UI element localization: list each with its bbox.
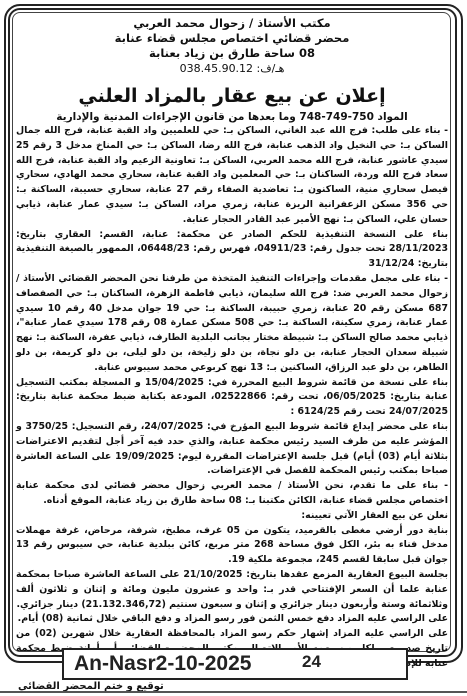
paragraph-auction: بجلسة البيوع العقارية المزمع عقدها بتاري…: [16, 568, 448, 612]
office-header: مكتب الأستاذ / زحوال محمد العربي محضر قض…: [16, 16, 448, 76]
paragraph-bailiff: - بناء على ما تقدم، نحن الأستاذ / محمد ا…: [16, 479, 448, 509]
paragraph-execution: - بناء على مجمل مقدمات وإجراءات التنفيذ …: [16, 272, 448, 376]
publication-footer: An-Nasr2-10-2025 24: [62, 648, 408, 680]
paragraph-property: بناية دور أرضي مغطى بالقرميد، يتكون من 0…: [16, 524, 448, 568]
paragraph-judgment: بناء على النسخة التنفيذية للحكم الصادر ع…: [16, 228, 448, 272]
publication-date: An-Nasr2-10-2025: [74, 652, 251, 676]
page-number: 24: [302, 652, 321, 672]
notice-body: - بناء على طلب: فرج الله عبد الغاني، الس…: [16, 124, 448, 671]
bottom-divider: [0, 691, 467, 693]
office-address: 08 ساحة طارق بن زياد بعنابة: [16, 46, 448, 61]
notice-title: إعلان عن بيع عقار بالمزاد العلني: [16, 84, 448, 108]
paragraph-deposit: بناء على محضر إيداع قائمة شروط البيع الم…: [16, 420, 448, 479]
paragraph-payment: على الراسي عليه المزاد دفع خمس الثمن فور…: [16, 612, 448, 627]
paragraph-conditions: بناء على نسخة من قائمة شروط البيع المحرر…: [16, 376, 448, 420]
paragraph-petitioners: - بناء على طلب: فرج الله عبد الغاني، الس…: [16, 124, 448, 228]
notice-subtitle: المواد 750-749-748 وما بعدها من قانون ال…: [16, 110, 448, 124]
office-title: محضر قضائي اختصاص مجلس قضاء عنابة: [16, 31, 448, 46]
office-name: مكتب الأستاذ / زحوال محمد العربي: [16, 16, 448, 31]
notice-content: مكتب الأستاذ / زحوال محمد العربي محضر قض…: [16, 14, 448, 644]
office-phone: هـ/ف: 038.45.90.12: [16, 61, 448, 76]
paragraph-announce: نعلن عن بيع العقار الآتي تعيينه:: [16, 509, 448, 524]
